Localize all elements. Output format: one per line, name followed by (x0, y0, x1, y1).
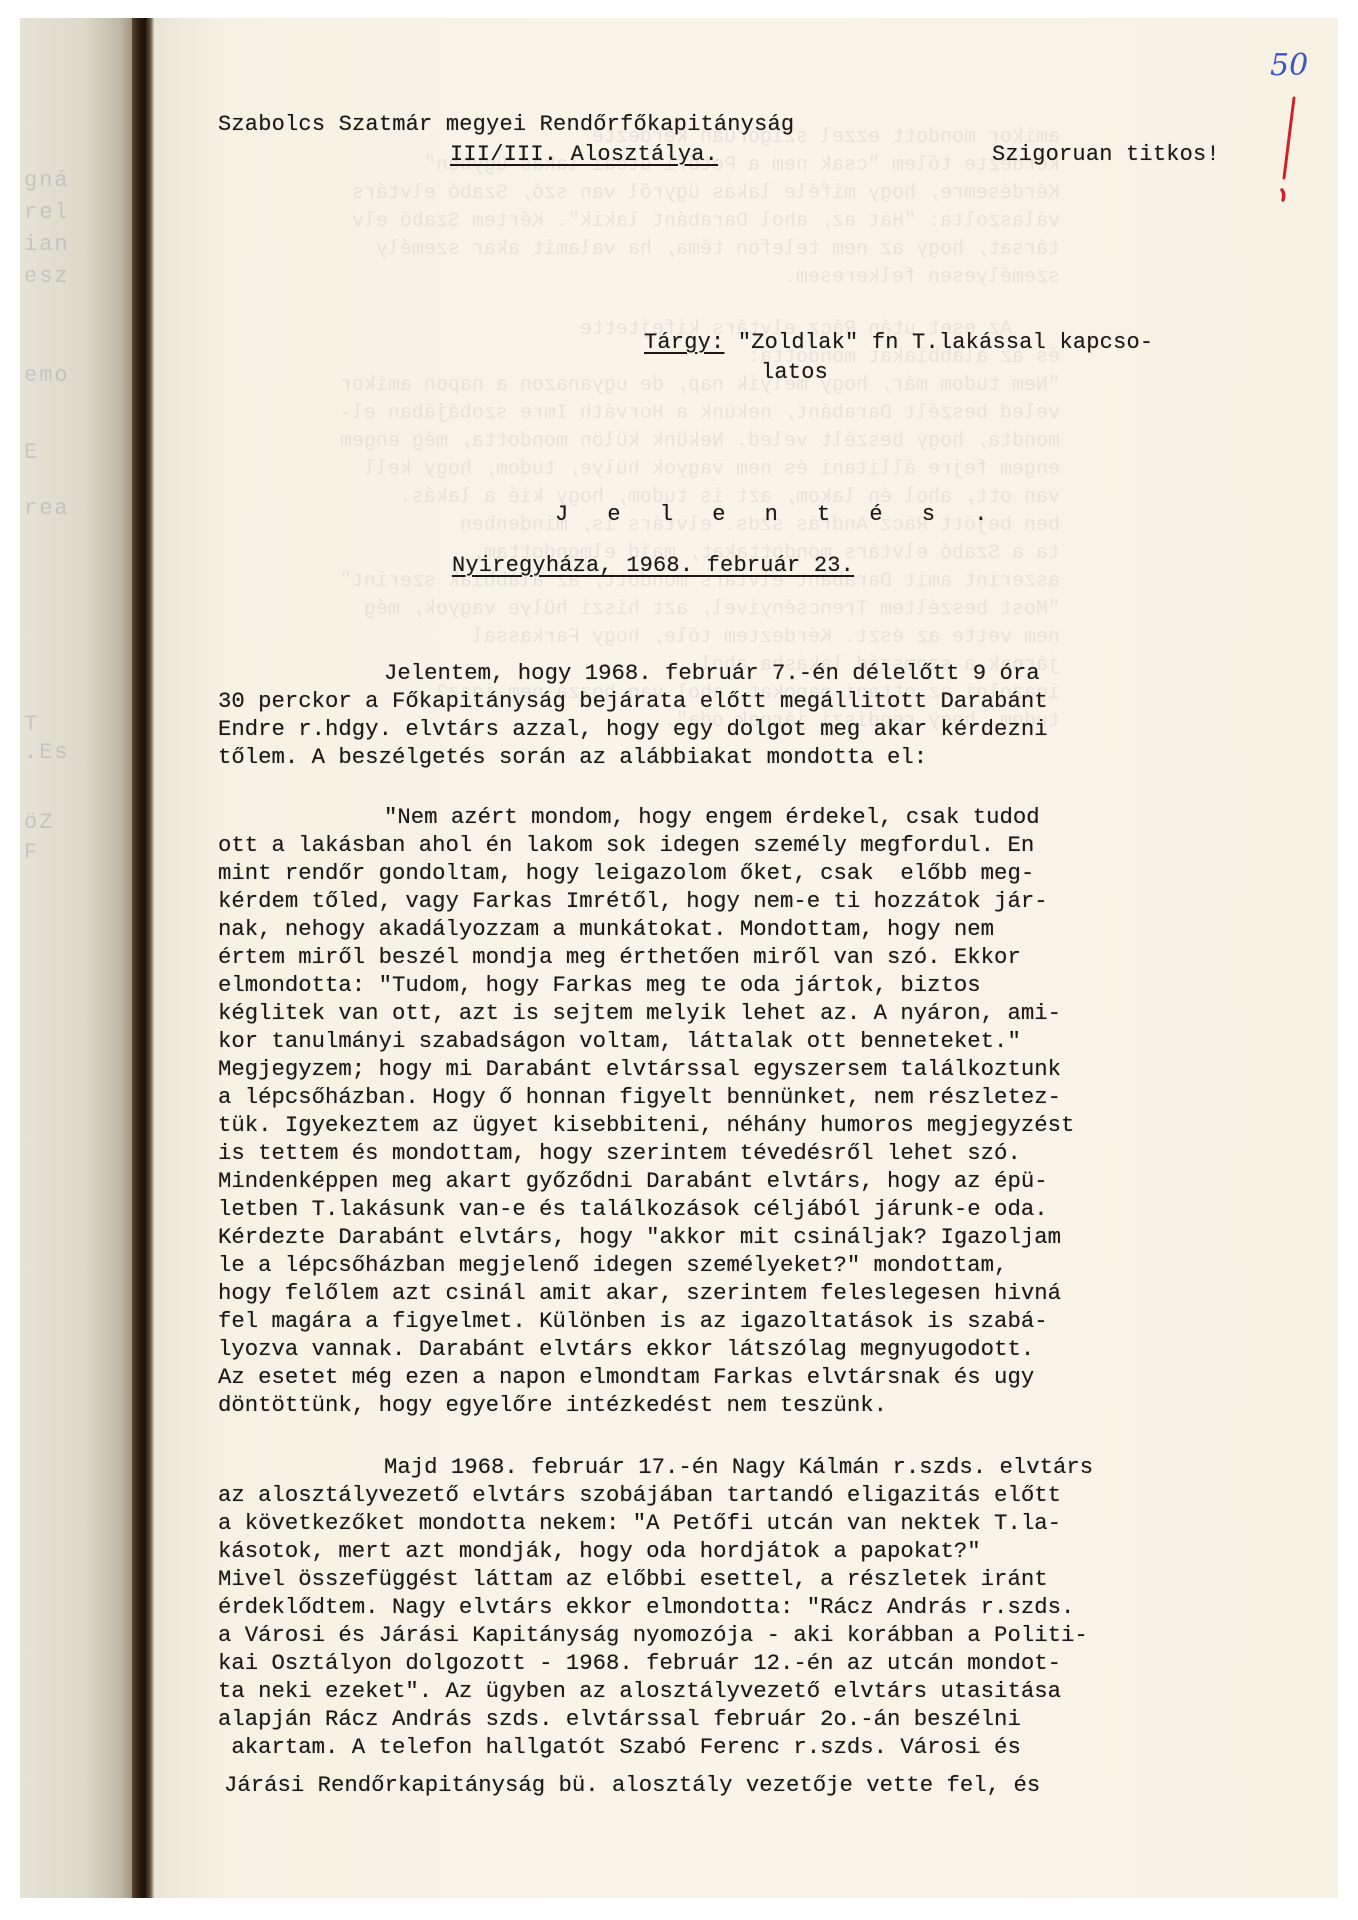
body-line: kor tanulmányi szabadságon voltam, látta… (218, 1028, 1021, 1054)
facing-page-ghost-text: rea (24, 496, 70, 521)
body-line: ott a lakásban ahol én lakom sok idegen … (218, 832, 1034, 858)
body-line: hogy felőlem azt csinál amit akar, szeri… (218, 1280, 1061, 1306)
body-line: döntöttünk, hogy egyelőre intézkedést ne… (218, 1392, 887, 1418)
header-department: III/III. Alosztálya. (450, 142, 718, 167)
header-organization: Szabolcs Szatmár megyei Rendőrfőkapitány… (218, 112, 794, 137)
body-line: le a lépcsőházban megjelenő idegen szemé… (218, 1252, 1007, 1278)
body-line: Az esetet még ezen a napon elmondtam Far… (218, 1364, 1034, 1390)
body-line: Mivel összefüggést láttam az előbbi eset… (218, 1566, 1048, 1592)
handwritten-page-number: 50 (1270, 48, 1308, 83)
body-line: lyozva vannak. Darabánt elvtárs ekkor lá… (218, 1336, 1034, 1362)
facing-page-ghost-text: .Es (24, 740, 70, 765)
body-line: Endre r.hdgy. elvtárs azzal, hogy egy do… (218, 716, 1048, 742)
body-line: 30 perckor a Főkapitányság bejárata előt… (218, 688, 1048, 714)
body-line: alapján Rácz András szds. elvtárssal feb… (218, 1706, 1021, 1732)
facing-page-ghost-text: ian (24, 232, 70, 257)
facing-page-ghost-text: emo (24, 363, 70, 388)
scanned-page: gná rel ian esz emo E rea T .Es öZ F ami… (20, 18, 1338, 1898)
document-title: J e l e n t é s . (555, 502, 1000, 527)
facing-page-ghost-text: E (24, 440, 39, 465)
body-line: Megjegyzem; hogy mi Darabánt elvtárssal … (218, 1056, 1061, 1082)
red-exclamation-mark-icon (1272, 94, 1302, 204)
body-line: kéglitek van ott, azt is sejtem melyik l… (218, 1000, 1061, 1026)
body-line: "Nem azért mondom, hogy engem érdekel, c… (384, 804, 1040, 830)
body-line: kásotok, mert azt mondják, hogy oda hord… (218, 1538, 981, 1564)
facing-page-ghost-text: F (24, 840, 39, 865)
subject-text: "Zoldlak" fn T.lakással kapcso- (738, 330, 1153, 355)
body-line: tük. Igyekeztem az ügyet kisebbiteni, né… (218, 1112, 1074, 1138)
body-line: a lépcsőházban. Hogy ő honnan figyelt be… (218, 1084, 1061, 1110)
facing-page-ghost-text: rel (24, 200, 70, 225)
facing-page-margin: gná rel ian esz emo E rea T .Es öZ F (20, 18, 138, 1898)
facing-page-ghost-text: öZ (24, 810, 54, 835)
body-line: érdeklődtem. Nagy elvtárs ekkor elmondot… (218, 1594, 1074, 1620)
body-line: az alosztályvezető elvtárs szobájában ta… (218, 1482, 1061, 1508)
body-line: mint rendőr gondoltam, hogy leigazolom ő… (218, 860, 1034, 886)
facing-page-ghost-text: gná (24, 168, 70, 193)
body-line: nak, nehogy akadályozzam a munkátokat. M… (218, 916, 994, 942)
body-line: is tettem és mondottam, hogy szerintem t… (218, 1140, 1021, 1166)
body-line: Kérdezte Darabánt elvtárs, hogy "akkor m… (218, 1224, 1061, 1250)
body-line: akartam. A telefon hallgatót Szabó Feren… (218, 1734, 1021, 1760)
subject-label: Tárgy: (644, 330, 724, 355)
place-and-date: Nyiregyháza, 1968. február 23. (452, 553, 854, 578)
body-line: tőlem. A beszélgetés során az alábbiakat… (218, 744, 927, 770)
body-line: a következőket mondotta nekem: "A Petőfi… (218, 1510, 1061, 1536)
book-binding (132, 18, 154, 1898)
body-line: elmondotta: "Tudom, hogy Farkas meg te o… (218, 972, 981, 998)
facing-page-ghost-text: esz (24, 264, 70, 289)
body-line: Jelentem, hogy 1968. február 7.-én délel… (384, 660, 1040, 686)
body-line: Járási Rendőrkapitányság bü. alosztály v… (224, 1772, 1040, 1798)
body-line: kai Osztályon dolgozott - 1968. február … (218, 1650, 1061, 1676)
body-line: kérdem tőled, vagy Farkas Imrétől, hogy … (218, 888, 1048, 914)
subject-continuation: latos (761, 360, 828, 385)
body-line: letben T.lakásunk van-e és találkozások … (218, 1196, 1048, 1222)
subject-line: Tárgy: "Zoldlak" fn T.lakással kapcso- (644, 330, 1153, 355)
classification-stamp: Szigoruan titkos! (992, 142, 1220, 167)
body-line: ta neki ezeket". Az ügyben az alosztályv… (218, 1678, 1061, 1704)
body-line: Mindenképpen meg akart győződni Darabánt… (218, 1168, 1048, 1194)
body-line: Majd 1968. február 17.-én Nagy Kálmán r.… (384, 1454, 1093, 1480)
facing-page-ghost-text: T (24, 712, 39, 737)
body-line: fel magára a figyelmet. Különben is az i… (218, 1308, 1048, 1334)
body-line: a Városi és Járási Kapitányság nyomozója… (218, 1622, 1088, 1648)
body-line: értem miről beszél mondja meg érthetően … (218, 944, 1021, 970)
